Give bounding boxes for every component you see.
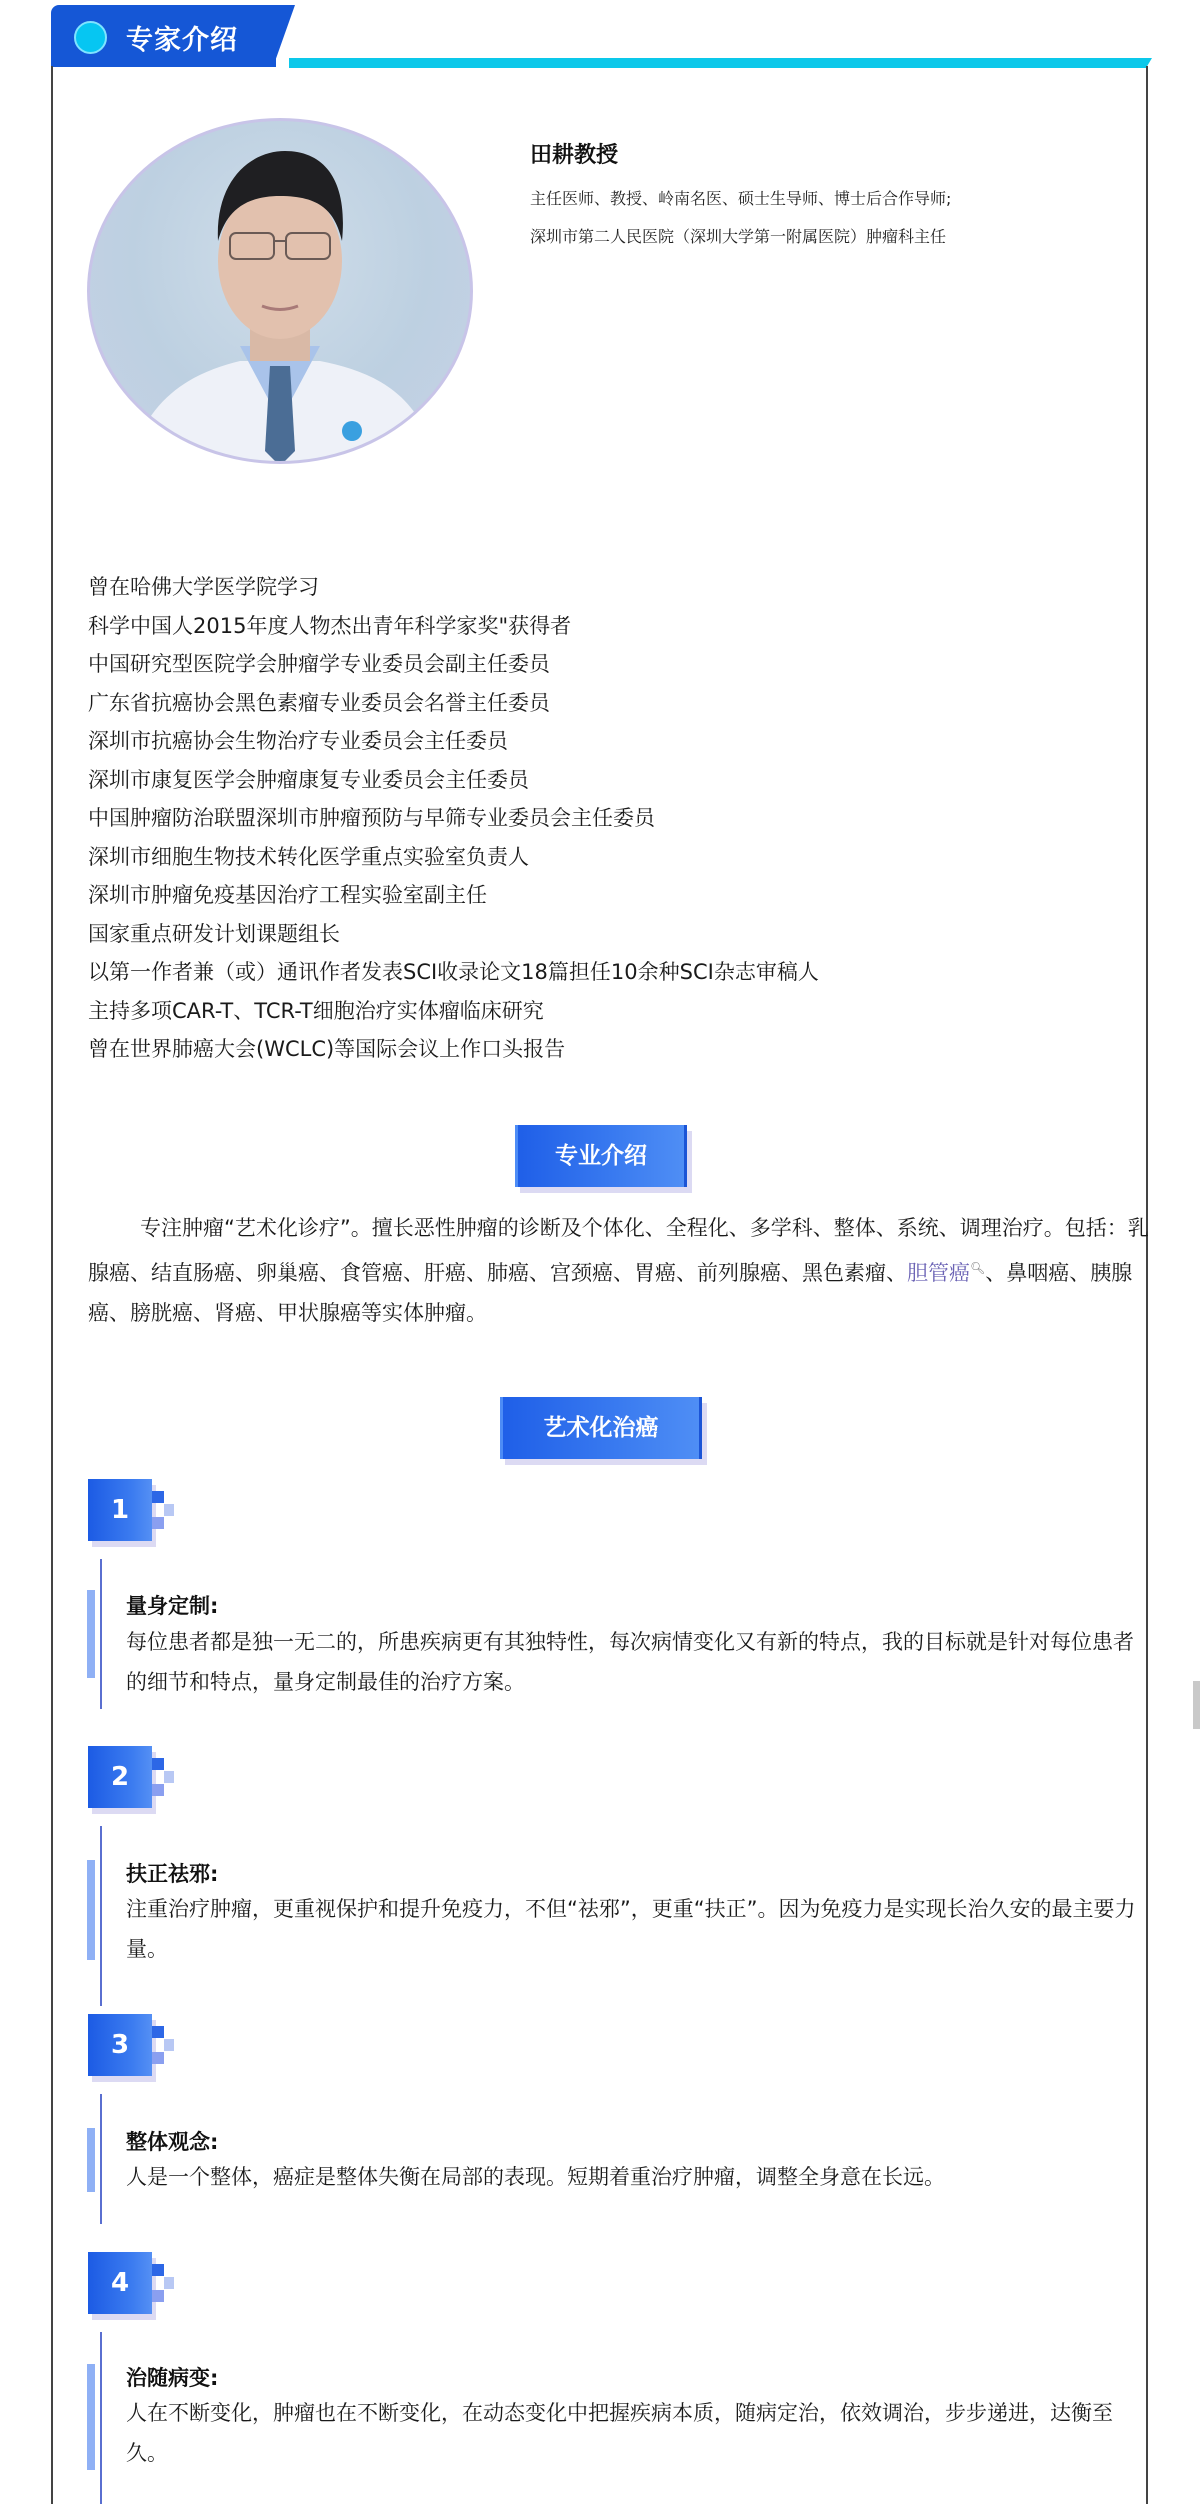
step-body: 注重治疗肿瘤，更重视保护和提升免疫力，不但“祛邪”，更重“扶正”。因为免疫力是实… — [126, 1889, 1136, 1969]
step-number-badge: 4 — [88, 2252, 152, 2314]
doctor-portrait — [87, 118, 473, 464]
doctor-portrait-icon — [90, 121, 470, 461]
step-body: 人在不断变化，肿瘤也在不断变化，在动态变化中把握疾病本质，随病定治，依效调治，步… — [126, 2393, 1136, 2473]
honors-list: 曾在哈佛大学医学院学习 科学中国人2015年度人物杰出青年科学家奖"获得者 中国… — [88, 568, 819, 1069]
scrollbar-thumb[interactable] — [1193, 1681, 1200, 1729]
honor-item: 科学中国人2015年度人物杰出青年科学家奖"获得者 — [88, 607, 819, 646]
section-title: 专家介绍 — [126, 18, 238, 57]
step-accent-bar — [87, 1590, 95, 1678]
honor-item: 曾在世界肺癌大会(WCLC)等国际会议上作口头报告 — [88, 1030, 819, 1069]
honor-item: 主持多项CAR-T、TCR-T细胞治疗实体瘤临床研究 — [88, 992, 819, 1031]
step-connector-decor — [152, 2026, 164, 2038]
step-number-badge: 3 — [88, 2014, 152, 2076]
step-timeline-line — [100, 2332, 102, 2504]
doctor-name: 田耕教授 — [530, 138, 618, 169]
doctor-titles: 主任医师、教授、岭南名医、硕士生导师、博士后合作导师; — [530, 186, 951, 209]
step-title: 治随病变: — [126, 2362, 218, 2392]
step-title: 整体观念: — [126, 2126, 218, 2156]
step-accent-bar — [87, 2364, 95, 2470]
step-connector-decor — [152, 2264, 164, 2276]
step-timeline-line — [100, 1826, 102, 2006]
honor-item: 深圳市肿瘤免疫基因治疗工程实验室副主任 — [88, 876, 819, 915]
step-body: 每位患者都是独一无二的，所患疾病更有其独特性，每次病情变化又有新的特点，我的目标… — [126, 1622, 1136, 1702]
doctor-hospital: 深圳市第二人民医院（深圳大学第一附属医院）肿瘤科主任 — [530, 224, 946, 247]
bile-duct-cancer-link[interactable]: 胆管癌 — [907, 1261, 970, 1285]
step-connector-decor — [164, 1504, 174, 1516]
section-header: 专家介绍 — [51, 5, 1146, 69]
specialty-heading: 专业介绍 — [515, 1125, 687, 1187]
step-accent-bar — [87, 1860, 95, 1960]
step-accent-bar — [87, 2128, 95, 2192]
honor-item: 以第一作者兼（或）通讯作者发表SCI收录论文18篇担任10余种SCI杂志审稿人 — [88, 953, 819, 992]
step-connector-decor — [152, 2290, 164, 2302]
circle-icon — [74, 21, 107, 54]
honor-item: 深圳市抗癌协会生物治疗专业委员会主任委员 — [88, 722, 819, 761]
step-timeline-line — [100, 2094, 102, 2224]
step-connector-decor — [152, 1517, 164, 1529]
step-connector-decor — [164, 2277, 174, 2289]
honor-item: 曾在哈佛大学医学院学习 — [88, 568, 819, 607]
step-connector-decor — [152, 1491, 164, 1503]
step-title: 扶正祛邪: — [126, 1858, 218, 1888]
honor-item: 广东省抗癌协会黑色素瘤专业委员会名誉主任委员 — [88, 684, 819, 723]
step-number-badge: 1 — [88, 1479, 152, 1541]
step-title: 量身定制: — [126, 1590, 218, 1620]
step-timeline-line — [100, 1559, 102, 1709]
step-connector-decor — [152, 2052, 164, 2064]
search-icon[interactable]: 🔍︎ — [970, 1261, 985, 1275]
specialty-text: 专注肿瘤“艺术化诊疗”。擅长恶性肿瘤的诊断及个体化、全程化、多学科、整体、系统、… — [88, 1208, 1158, 1333]
step-body: 人是一个整体，癌症是整体失衡在局部的表现。短期着重治疗肿瘤，调整全身意在长远。 — [126, 2157, 1136, 2197]
step-connector-decor — [152, 1758, 164, 1770]
step-connector-decor — [164, 1771, 174, 1783]
step-number-badge: 2 — [88, 1746, 152, 1808]
honor-item: 深圳市细胞生物技术转化医学重点实验室负责人 — [88, 838, 819, 877]
honor-item: 国家重点研发计划课题组长 — [88, 915, 819, 954]
honor-item: 中国肿瘤防治联盟深圳市肿瘤预防与早筛专业委员会主任委员 — [88, 799, 819, 838]
art-treatment-heading: 艺术化治癌 — [500, 1397, 702, 1459]
step-connector-decor — [152, 1784, 164, 1796]
honor-item: 中国研究型医院学会肿瘤学专业委员会副主任委员 — [88, 645, 819, 684]
step-connector-decor — [164, 2039, 174, 2051]
honor-item: 深圳市康复医学会肿瘤康复专业委员会主任委员 — [88, 761, 819, 800]
